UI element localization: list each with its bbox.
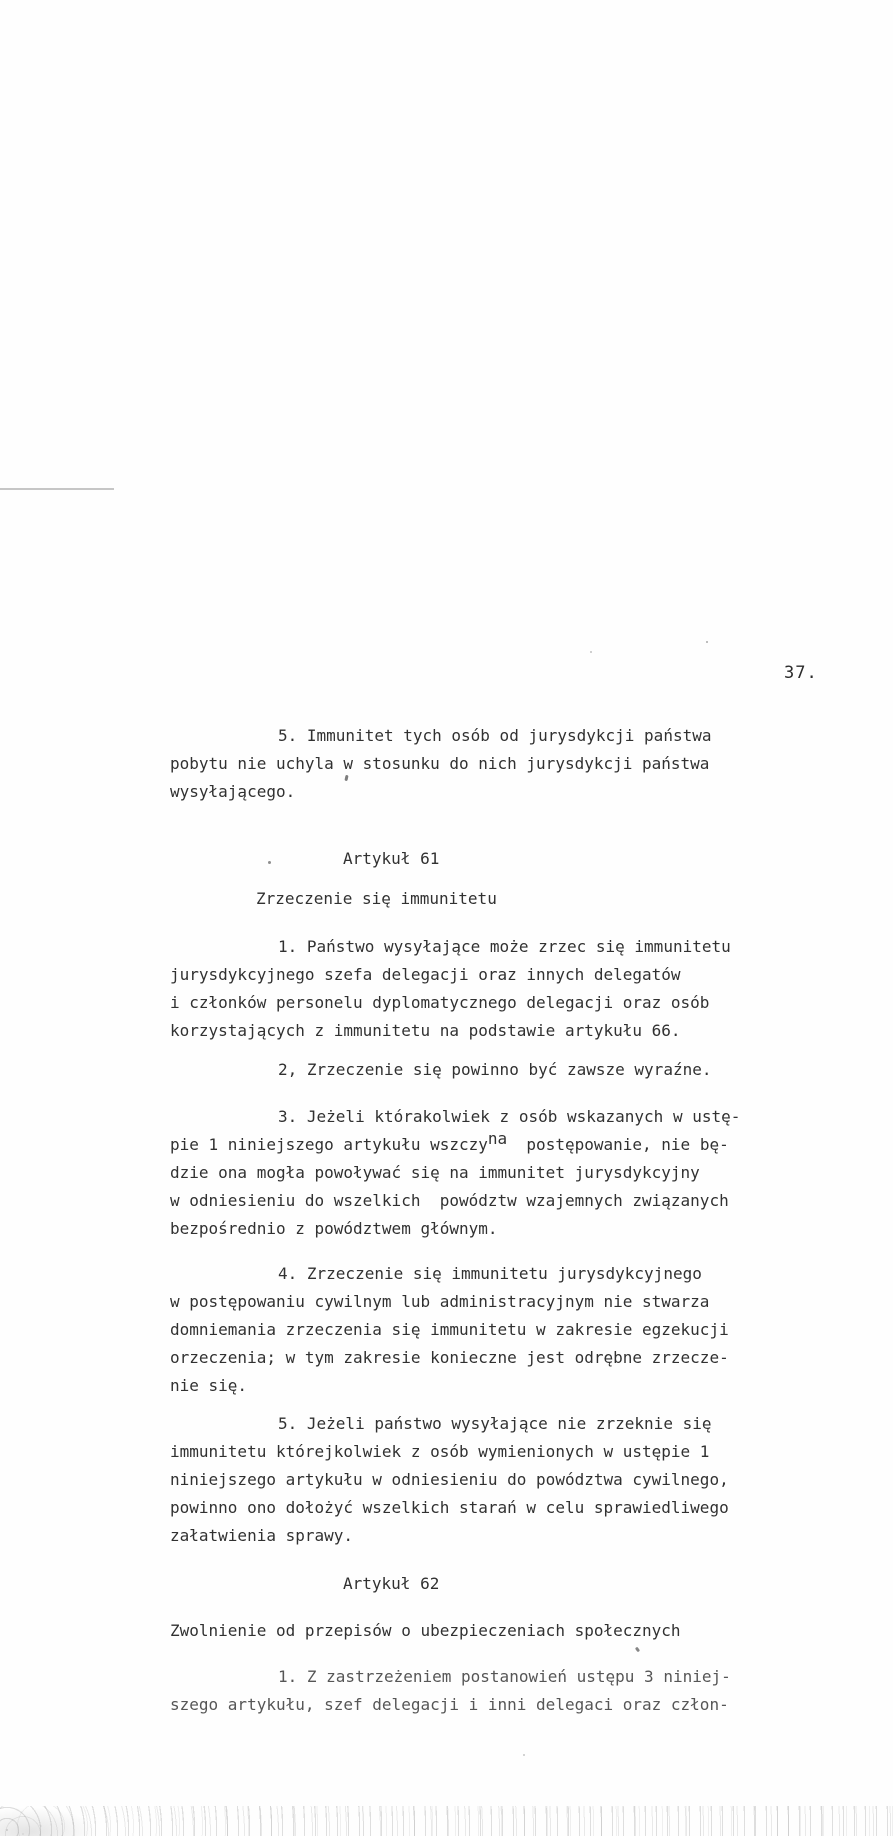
text-line: jurysdykcyjnego szefa delegacji oraz inn… [170, 961, 830, 989]
scan-speck [268, 861, 271, 864]
text-line: bezpośrednio z powództwem głównym. [170, 1215, 830, 1243]
text-line: 3. Jeżeli którakolwiek z osób wskazanych… [170, 1103, 830, 1131]
scan-speck [706, 641, 708, 643]
paragraph: 5. Immunitet tych osób od jurysdykcji pa… [170, 722, 830, 806]
text-line: orzeczenia; w tym zakresie konieczne jes… [170, 1344, 830, 1372]
text-line: w odniesieniu do wszelkich powództw wzaj… [170, 1187, 830, 1215]
paragraph: 1. Z zastrzeżeniem postanowień ustępu 3 … [170, 1663, 830, 1719]
section-heading: Zwolnienie od przepisów o ubezpieczeniac… [170, 1617, 830, 1645]
text-line: nie się. [170, 1372, 830, 1400]
text-line: 4. Zrzeczenie się immunitetu jurysdykcyj… [170, 1260, 830, 1288]
scan-corner-blotch [0, 1808, 95, 1836]
text-line: pie 1 niniejszego artykułu wszczyna post… [170, 1131, 830, 1159]
text-line: domniemania zrzeczenia się immunitetu w … [170, 1316, 830, 1344]
document-body: 5. Immunitet tych osób od jurysdykcji pa… [170, 722, 830, 1719]
text-line: 1. Z zastrzeżeniem postanowień ustępu 3 … [170, 1663, 830, 1691]
section-heading: Zrzeczenie się immunitetu [256, 885, 830, 913]
text-line: 1. Państwo wysyłające może zrzec się imm… [170, 933, 830, 961]
text-line: wysyłającego. [170, 778, 830, 806]
scan-speck [590, 651, 592, 653]
text-line: niniejszego artykułu w odniesieniu do po… [170, 1466, 830, 1494]
section-heading: Artykuł 61 [343, 845, 830, 873]
paragraph: 3. Jeżeli którakolwiek z osób wskazanych… [170, 1103, 830, 1243]
text-line: załatwienia sprawy. [170, 1522, 830, 1550]
text-line: dzie ona mogła powoływać się na immunite… [170, 1159, 830, 1187]
text-line: szego artykułu, szef delegacji i inni de… [170, 1691, 830, 1719]
text-segment: postępowanie, nie bę- [507, 1135, 729, 1154]
page-number: 37. [784, 663, 818, 683]
text-line: w postępowaniu cywilnym lub administracy… [170, 1288, 830, 1316]
paragraph: 1. Państwo wysyłające może zrzec się imm… [170, 933, 830, 1045]
text-line: 2, Zrzeczenie się powinno być zawsze wyr… [170, 1056, 830, 1084]
paragraph: 4. Zrzeczenie się immunitetu jurysdykcyj… [170, 1260, 830, 1400]
text-line: powinno ono dołożyć wszelkich starań w c… [170, 1494, 830, 1522]
superscript-correction: na [488, 1129, 507, 1148]
text-segment: pie 1 niniejszego artykułu wszczy [170, 1135, 488, 1154]
section-heading: Artykuł 62 [343, 1570, 830, 1598]
heading-line: Zwolnienie od przepisów o ubezpieczeniac… [170, 1617, 830, 1645]
text-line: korzystających z immunitetu na podstawie… [170, 1017, 830, 1045]
paragraph: 5. Jeżeli państwo wysyłające nie zrzekni… [170, 1410, 830, 1550]
text-line: immunitetu którejkolwiek z osób wymienio… [170, 1438, 830, 1466]
text-line: 5. Jeżeli państwo wysyłające nie zrzekni… [170, 1410, 830, 1438]
text-line: 5. Immunitet tych osób od jurysdykcji pa… [170, 722, 830, 750]
heading-line: Zrzeczenie się immunitetu [256, 885, 830, 913]
text-line: pobytu nie uchyla w stosunku do nich jur… [170, 750, 830, 778]
scan-speck [523, 1754, 525, 1756]
document-page: 37. 5. Immunitet tych osób od jurysdykcj… [0, 0, 893, 1836]
paragraph: 2, Zrzeczenie się powinno być zawsze wyr… [170, 1056, 830, 1084]
heading-line: Artykuł 61 [343, 845, 830, 873]
text-line: i członków personelu dyplomatycznego del… [170, 989, 830, 1017]
left-margin-rule [0, 488, 114, 490]
heading-line: Artykuł 62 [343, 1570, 830, 1598]
scan-noise-band [0, 1806, 893, 1836]
